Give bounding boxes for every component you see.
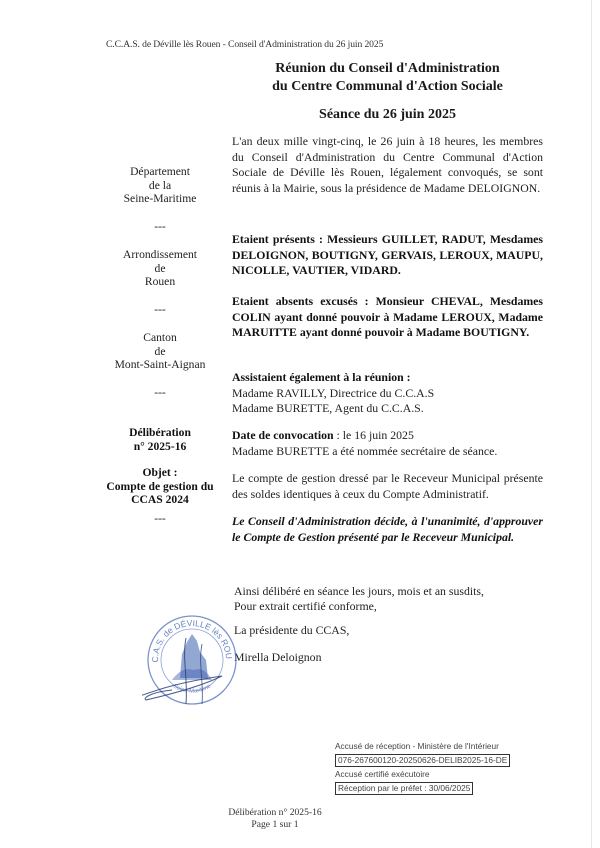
ar-reception-prefet: Réception par le préfet : 30/06/2025 [335, 782, 473, 795]
separator: --- [90, 220, 230, 234]
separator: --- [90, 386, 230, 400]
closing-line-2: Pour extrait certifié conforme, [234, 599, 484, 614]
canton-label: Canton [90, 331, 230, 345]
objet-line-1: Compte de gestion du [106, 480, 213, 493]
footer-page-number: Page 1 sur 1 [200, 819, 350, 831]
decision-paragraph: Le Conseil d'Administration décide, à l'… [232, 514, 543, 545]
canton-de: de [90, 345, 230, 359]
deliberation-label: Délibération [129, 426, 191, 439]
convocation-block: Date de convocation : le 16 juin 2025 Ma… [232, 428, 543, 459]
signatory-role: La présidente du CCAS, [234, 623, 349, 638]
deliberation-number: n° 2025-16 [134, 440, 187, 453]
objet-line-2: CCAS 2024 [131, 493, 189, 506]
objet-label: Objet : [142, 466, 177, 479]
canton-block: Canton de Mont-Saint-Aignan [90, 331, 230, 372]
official-stamp-icon: C.C.A.S. de DÉVILLE lès ROUEN Seine-Mari… [142, 608, 242, 708]
separator: --- [90, 512, 230, 526]
departement-block: Département de la Seine-Maritime [90, 165, 230, 206]
assistant-1: Madame RAVILLY, Directrice du C.C.A.S [232, 386, 543, 402]
running-header: C.C.A.S. de Déville lès Rouen - Conseil … [106, 39, 383, 50]
ar-certifie: Accusé certifié exécutoire [335, 768, 510, 782]
title-line-1: Réunion du Conseil d'Administration [232, 60, 543, 78]
stamp-bottom-text: Seine-Maritime [172, 683, 213, 695]
departement-name: Seine-Maritime [90, 192, 230, 206]
convocation-label: Date de convocation [232, 428, 334, 442]
compte-paragraph: Le compte de gestion dressé par le Recev… [232, 471, 543, 502]
departement-label: Département [90, 165, 230, 179]
canton-name: Mont-Saint-Aignan [90, 358, 230, 372]
closing-formula: Ainsi délibéré en séance les jours, mois… [234, 584, 484, 614]
page-footer: Délibération n° 2025-16 Page 1 sur 1 [200, 807, 350, 830]
document-title: Réunion du Conseil d'Administration du C… [232, 60, 543, 96]
secretaire-line: Madame BURETTE a été nommée secrétaire d… [232, 444, 543, 460]
closing-line-1: Ainsi délibéré en séance les jours, mois… [234, 584, 484, 599]
departement-de: de la [90, 179, 230, 193]
title-line-2: du Centre Communal d'Action Sociale [232, 78, 543, 96]
arrondissement-de: de [90, 262, 230, 276]
assistaient-block: Assistaient également à la réunion : Mad… [232, 370, 543, 417]
deliberation-number-block: Délibération n° 2025-16 [90, 426, 230, 453]
assistant-2: Madame BURETTE, Agent du C.C.A.S. [232, 401, 543, 417]
presents-paragraph: Etaient présents : Messieurs GUILLET, RA… [232, 232, 543, 279]
signatory-name: Mirella Deloignon [234, 650, 321, 665]
separator: --- [90, 303, 230, 317]
arrondissement-label: Arrondissement [90, 248, 230, 262]
intro-paragraph: L'an deux mille vingt-cinq, le 26 juin à… [232, 134, 543, 196]
page-edge [591, 0, 592, 848]
assistaient-label: Assistaient également à la réunion : [232, 370, 543, 386]
objet-block: Objet : Compte de gestion du CCAS 2024 [90, 466, 230, 507]
footer-deliberation: Délibération n° 2025-16 [200, 807, 350, 819]
accuse-reception-block: Accusé de réception - Ministère de l'Int… [335, 740, 510, 796]
svg-text:Seine-Maritime: Seine-Maritime [172, 683, 213, 695]
convocation-value: : le 16 juin 2025 [334, 428, 414, 442]
absents-paragraph: Etaient absents excusés : Monsieur CHEVA… [232, 294, 543, 341]
arrondissement-name: Rouen [90, 275, 230, 289]
arrondissement-block: Arrondissement de Rouen [90, 248, 230, 289]
ar-title: Accusé de réception - Ministère de l'Int… [335, 740, 510, 754]
ar-reference: 076-267600120-20250626-DELIB2025-16-DE [335, 754, 510, 767]
seance-date-heading: Séance du 26 juin 2025 [232, 107, 543, 123]
